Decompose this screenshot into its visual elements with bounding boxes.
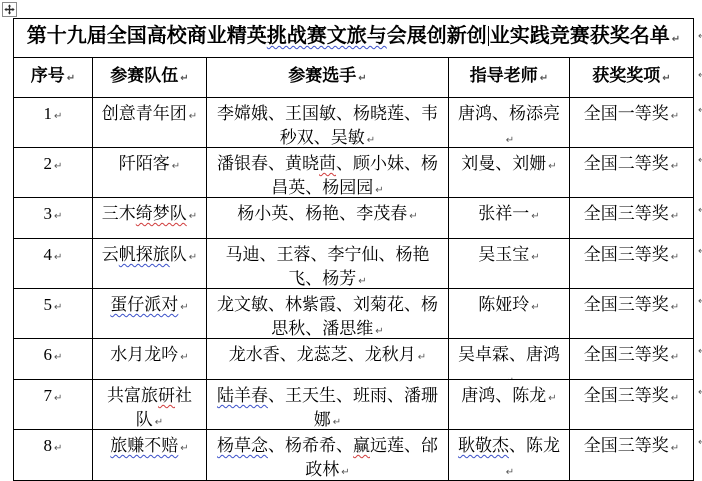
text-segment: 第十九届全国高校商业精英	[27, 25, 267, 47]
cell-serial[interactable]: 5↵	[14, 289, 93, 339]
cell-text: 第十九届全国高校商业精英挑战赛文旅与会展创新创业实践竞赛获奖名单↵	[27, 19, 680, 57]
end-of-cell-mark: ↵	[531, 211, 539, 222]
cell-players[interactable]: 杨草念、杨希希、赢远莲、邰政林↵	[207, 430, 449, 480]
text-segment: 龙文敏、林紫霞、刘菊花、杨思秋、潘思维	[217, 295, 438, 338]
text-segment: 刘曼、刘姗	[461, 154, 546, 173]
cell-text: 全国一等奖↵	[584, 102, 679, 129]
end-of-cell-mark: ↵	[54, 352, 62, 363]
end-of-cell-mark: ↵	[155, 417, 163, 428]
cell-text: 参赛选手↵	[288, 64, 366, 91]
table-body: 1↵创意青年团↵李嫦娥、王国敏、杨晓莲、韦秒双、吴敏↵唐鸿、杨添亮↵全国一等奖↵…	[14, 98, 693, 480]
text-cursor	[488, 26, 489, 46]
cell-award[interactable]: 全国一等奖↵	[570, 98, 693, 148]
text-segment: 2	[44, 154, 53, 173]
cell-award[interactable]: 全国三等奖↵	[570, 198, 693, 239]
end-of-row-mark: ↵	[698, 105, 702, 116]
end-of-cell-mark: ↵	[54, 443, 62, 454]
cell-text: 耿敬杰、陈龙↵	[455, 434, 563, 480]
text-segment: 张祥一	[478, 204, 529, 223]
cell-text: 李嫦娥、王国敏、杨晓莲、韦秒双、吴敏↵	[215, 102, 440, 148]
text-segment: 全国三等奖	[584, 295, 669, 314]
end-of-cell-mark: ↵	[333, 417, 341, 428]
end-of-cell-mark: ↵	[375, 326, 383, 337]
cell-text: 共富旅研社队↵	[101, 384, 198, 430]
text-segment: 陈娅玲	[478, 295, 529, 314]
table-row: 3↵三木绮梦队↵杨小英、杨艳、李茂春↵张祥一↵全国三等奖↵↵	[14, 198, 693, 239]
end-of-cell-mark: ↵	[358, 276, 366, 287]
text-segment: 全国一等奖	[584, 104, 669, 123]
cell-serial[interactable]: 3↵	[14, 198, 93, 239]
cell-text: 序号↵	[31, 64, 75, 91]
cell-text: 陆羊春、王天生、班雨、潘珊娜↵	[215, 384, 440, 430]
end-of-cell-mark: ↵	[54, 211, 62, 222]
end-of-cell-mark: ↵	[671, 161, 679, 172]
end-of-cell-mark: ↵	[671, 352, 679, 363]
end-of-cell-mark: ↵	[531, 302, 539, 313]
cell-text: 杨草念、杨希希、赢远莲、邰政林↵	[215, 434, 440, 480]
cell-advisors[interactable]: 陈娅玲↵	[449, 289, 570, 339]
cell-award[interactable]: 全国三等奖↵	[570, 289, 693, 339]
text-segment: 会展创新创	[387, 25, 487, 47]
text-segment: 参赛队伍	[110, 66, 178, 85]
text-segment: 三木	[102, 204, 136, 223]
end-of-cell-mark: ↵	[54, 161, 62, 172]
cell-advisors[interactable]: 张祥一↵	[449, 198, 570, 239]
cell-advisors[interactable]: 唐鸿、杨添亮↵	[449, 98, 570, 148]
cell-team[interactable]: 蛋仔派对↵	[93, 289, 207, 339]
cell-text: 全国三等奖↵	[584, 434, 679, 461]
grammar-underlined-text: 旅赚不赔	[110, 436, 178, 455]
cell-text: 指导老师↵	[470, 64, 548, 91]
end-of-cell-mark: ↵	[375, 185, 383, 196]
text-segment: 全国三等奖	[584, 345, 669, 364]
end-of-cell-mark: ↵	[418, 352, 426, 363]
cell-players[interactable]: 潘银春、黄晓茴、顾小妹、杨昌英、杨园园↵	[207, 148, 449, 198]
end-of-cell-mark: ↵	[54, 393, 62, 404]
end-of-cell-mark: ↵	[54, 252, 62, 263]
spelling-underlined-text: 赢	[353, 436, 370, 455]
cell-text: 杨小英、杨艳、李茂春↵	[237, 202, 417, 229]
table-move-handle[interactable]	[2, 2, 17, 17]
end-of-cell-mark: ↵	[671, 252, 679, 263]
cell-text: 潘银春、黄晓茴、顾小妹、杨昌英、杨园园↵	[215, 152, 440, 198]
end-of-row-mark: ↵	[698, 437, 702, 448]
end-of-cell-mark: ↵	[548, 393, 556, 404]
cell-text: 2↵	[44, 152, 63, 179]
end-of-row-mark: ↵	[698, 296, 702, 307]
text-segment: 全国三等奖	[584, 245, 669, 264]
end-of-cell-mark: ↵	[548, 161, 556, 172]
end-of-cell-mark: ↵	[341, 467, 349, 478]
text-segment: 参赛选手	[288, 66, 356, 85]
cell-text: 阡陌客↵	[119, 152, 180, 179]
grammar-underlined-text: 杨草念	[217, 436, 268, 455]
end-of-cell-mark: ↵	[180, 73, 188, 84]
text-segment: 全国三等奖	[584, 386, 669, 405]
text-segment: 水月龙吟	[110, 345, 178, 364]
text-segment: 共富旅	[107, 386, 158, 405]
end-of-row-mark: ↵	[698, 387, 702, 398]
text-segment: 5	[44, 295, 53, 314]
header-cell-1[interactable]: 参赛队伍↵	[93, 58, 207, 98]
text-segment: 6	[44, 345, 53, 364]
cell-text: 三木绮梦队↵	[102, 202, 197, 229]
header-cell-3[interactable]: 指导老师↵	[449, 58, 570, 98]
cell-advisors[interactable]: 唐鸿、陈龙↵	[449, 380, 570, 430]
table-row: 7↵共富旅研社队↵陆羊春、王天生、班雨、潘珊娜↵唐鸿、陈龙↵全国三等奖↵↵	[14, 380, 693, 430]
end-of-cell-mark: ↵	[189, 111, 197, 122]
cell-text: 全国二等奖↵	[584, 152, 679, 179]
cell-text: 吴卓霖、唐鸿↵	[455, 343, 563, 380]
text-segment: 吴卓霖、唐鸿	[458, 345, 560, 364]
text-segment: 3	[44, 204, 53, 223]
cell-players[interactable]: 杨小英、杨艳、李茂春↵	[207, 198, 449, 239]
cell-text: 8↵	[44, 434, 63, 461]
text-segment: 杨小英、杨艳、李茂春	[237, 204, 407, 223]
text-segment: 龙水香、龙蕊芝、龙秋月	[229, 345, 416, 364]
end-of-cell-mark: ↵	[54, 302, 62, 313]
text-segment: 云	[102, 245, 119, 264]
text-segment: 获奖奖项	[592, 66, 660, 85]
text-segment: 指导老师	[470, 66, 538, 85]
end-of-cell-mark: ↵	[358, 73, 366, 84]
cell-text: 龙文敏、林紫霞、刘菊花、杨思秋、潘思维↵	[215, 293, 440, 339]
cell-serial[interactable]: 1↵	[14, 98, 93, 148]
cell-award[interactable]: 全国三等奖↵	[570, 430, 693, 480]
cell-players[interactable]: 马迪、王蓉、李宁仙、杨艳飞、杨芳↵	[207, 239, 449, 289]
cell-serial[interactable]: 2↵	[14, 148, 93, 198]
cell-text: 唐鸿、杨添亮↵	[455, 102, 563, 148]
table-row: 1↵创意青年团↵李嫦娥、王国敏、杨晓莲、韦秒双、吴敏↵唐鸿、杨添亮↵全国一等奖↵…	[14, 98, 693, 148]
text-segment: 序号	[31, 66, 65, 85]
end-of-cell-mark: ↵	[671, 302, 679, 313]
text-segment: 7	[44, 386, 53, 405]
cell-text: 全国三等奖↵	[584, 384, 679, 411]
text-segment: 阡陌客	[119, 154, 170, 173]
cell-advisors[interactable]: 吴卓霖、唐鸿↵	[449, 339, 570, 380]
text-segment: 队	[170, 245, 187, 264]
cell-text: 唐鸿、陈龙↵	[461, 384, 556, 411]
cell-award[interactable]: 全国三等奖↵	[570, 339, 693, 380]
cell-award[interactable]: 全国二等奖↵	[570, 148, 693, 198]
end-of-cell-mark: ↵	[671, 443, 679, 454]
end-of-cell-mark: ↵	[180, 302, 188, 313]
awards-table: 第十九届全国高校商业精英挑战赛文旅与会展创新创业实践竞赛获奖名单↵ ↵ 序号↵参…	[13, 18, 694, 481]
end-of-row-mark: ↵	[698, 205, 702, 216]
cell-players[interactable]: 龙水香、龙蕊芝、龙秋月↵	[207, 339, 449, 380]
cell-team[interactable]: 阡陌客↵	[93, 148, 207, 198]
text-segment: 创意青年团	[102, 104, 187, 123]
table-row: 8↵旅赚不赔↵杨草念、杨希希、赢远莲、邰政林↵耿敬杰、陈龙↵全国三等奖↵↵	[14, 430, 693, 480]
text-segment: 马迪、王蓉、李宁仙、杨艳飞、杨芳	[226, 245, 430, 288]
cell-text: 1↵	[44, 102, 63, 129]
cell-players[interactable]: 陆羊春、王天生、班雨、潘珊娜↵	[207, 380, 449, 430]
cell-team[interactable]: 共富旅研社队↵	[93, 380, 207, 430]
cell-team[interactable]: 云帆探旅队↵	[93, 239, 207, 289]
cell-serial[interactable]: 8↵	[14, 430, 93, 480]
header-cell-0[interactable]: 序号↵	[14, 58, 93, 98]
cell-text: 云帆探旅队↵	[102, 243, 197, 270]
cell-text: 全国三等奖↵	[584, 243, 679, 270]
grammar-underlined-text: 陆羊春	[217, 386, 268, 405]
table-row: 5↵蛋仔派对↵龙文敏、林紫霞、刘菊花、杨思秋、潘思维↵陈娅玲↵全国三等奖↵↵	[14, 289, 693, 339]
cell-text: 刘曼、刘姗↵	[461, 152, 556, 179]
table-title-row: 第十九届全国高校商业精英挑战赛文旅与会展创新创业实践竞赛获奖名单↵ ↵	[14, 19, 693, 58]
text-segment: 、杨希希、	[268, 436, 353, 455]
text-segment: 吴玉宝	[478, 245, 529, 264]
cell-text: 陈娅玲↵	[478, 293, 539, 320]
table-header-row: 序号↵参赛队伍↵参赛选手↵指导老师↵获奖奖项↵↵	[14, 58, 693, 98]
cell-text: 4↵	[44, 243, 63, 270]
end-of-cell-mark: ↵	[180, 443, 188, 454]
text-segment: 8	[44, 436, 53, 455]
text-segment: 全国三等奖	[584, 204, 669, 223]
header-cell-2[interactable]: 参赛选手↵	[207, 58, 449, 98]
end-of-cell-mark: ↵	[180, 352, 188, 363]
cell-text: 5↵	[44, 293, 63, 320]
cell-advisors[interactable]: 刘曼、刘姗↵	[449, 148, 570, 198]
cell-award[interactable]: 全国三等奖↵	[570, 239, 693, 289]
end-of-cell-mark: ↵	[409, 211, 417, 222]
cell-text: 水月龙吟↵	[110, 343, 188, 370]
spelling-underlined-text: 绮梦队	[136, 204, 187, 223]
header-cell-4[interactable]: 获奖奖项↵	[570, 58, 693, 98]
cell-team[interactable]: 创意青年团↵	[93, 98, 207, 148]
cell-award[interactable]: 全国三等奖↵	[570, 380, 693, 430]
cell-advisors[interactable]: 吴玉宝↵	[449, 239, 570, 289]
end-of-cell-mark: ↵	[367, 135, 375, 146]
cell-serial[interactable]: 6↵	[14, 339, 93, 380]
cell-players[interactable]: 李嫦娥、王国敏、杨晓莲、韦秒双、吴敏↵	[207, 98, 449, 148]
cell-text: 吴玉宝↵	[478, 243, 539, 270]
cell-text: 3↵	[44, 202, 63, 229]
cell-text: 获奖奖项↵	[592, 64, 670, 91]
grammar-underlined-text: 挑战赛文旅与	[267, 25, 387, 47]
end-of-cell-mark: ↵	[67, 73, 75, 84]
cell-team[interactable]: 旅赚不赔↵	[93, 430, 207, 480]
end-of-row-mark: ↵	[698, 70, 702, 81]
cell-serial[interactable]: 4↵	[14, 239, 93, 289]
end-of-cell-mark: ↵	[531, 252, 539, 263]
grammar-underlined-text: 帆探旅	[119, 245, 170, 264]
spelling-underlined-text: 研	[158, 386, 175, 405]
cell-text: 创意青年团↵	[102, 102, 197, 129]
end-of-cell-mark: ↵	[172, 161, 180, 172]
cell-text: 7↵	[44, 384, 63, 411]
cell-text: 全国三等奖↵	[584, 293, 679, 320]
text-segment: 唐鸿、陈龙	[461, 386, 546, 405]
table-row: 4↵云帆探旅队↵马迪、王蓉、李宁仙、杨艳飞、杨芳↵吴玉宝↵全国三等奖↵↵	[14, 239, 693, 289]
spelling-underlined-text: 茴	[319, 154, 336, 173]
cell-text: 6↵	[44, 343, 63, 370]
end-of-cell-mark: ↵	[671, 211, 679, 222]
text-segment: 全国三等奖	[584, 436, 669, 455]
four-way-arrow-icon	[4, 4, 15, 15]
cell-text: 龙水香、龙蕊芝、龙秋月↵	[229, 343, 426, 370]
cell-text: 参赛队伍↵	[110, 64, 188, 91]
text-segment: 潘银春、黄晓	[217, 154, 319, 173]
end-of-row-mark: ↵	[698, 155, 702, 166]
end-of-cell-mark: ↵	[54, 111, 62, 122]
end-of-cell-mark: ↵	[189, 211, 197, 222]
grammar-underlined-text: 蛋仔派对	[110, 295, 178, 314]
cell-text: 全国三等奖↵	[584, 343, 679, 370]
table-row: 2↵阡陌客↵潘银春、黄晓茴、顾小妹、杨昌英、杨园园↵刘曼、刘姗↵全国二等奖↵↵	[14, 148, 693, 198]
text-segment: 1	[44, 104, 53, 123]
cell-serial[interactable]: 7↵	[14, 380, 93, 430]
end-of-cell-mark: ↵	[671, 393, 679, 404]
cell-text: 蛋仔派对↵	[110, 293, 188, 320]
grammar-underlined-text: 耿敬杰	[458, 436, 509, 455]
end-of-cell-mark: ↵	[506, 467, 514, 478]
cell-text: 旅赚不赔↵	[110, 434, 188, 461]
end-of-row-mark: ↵	[698, 346, 702, 357]
end-of-cell-mark: ↵	[671, 111, 679, 122]
end-of-cell-mark: ↵	[506, 135, 514, 146]
end-of-cell-mark: ↵	[189, 252, 197, 263]
end-of-row-mark: ↵	[698, 246, 702, 257]
cell-text: 张祥一↵	[478, 202, 539, 229]
end-of-row-mark: ↵	[698, 31, 702, 42]
text-segment: 全国二等奖	[584, 154, 669, 173]
text-segment: 业实践竞赛获奖名单	[490, 25, 670, 47]
table-title[interactable]: 第十九届全国高校商业精英挑战赛文旅与会展创新创业实践竞赛获奖名单↵	[14, 19, 693, 58]
end-of-cell-mark: ↵	[672, 34, 680, 45]
cell-text: 马迪、王蓉、李宁仙、杨艳飞、杨芳↵	[215, 243, 440, 289]
text-segment: 4	[44, 245, 53, 264]
cell-team[interactable]: 三木绮梦队↵	[93, 198, 207, 239]
text-segment: 、陈龙	[509, 436, 560, 455]
text-segment: 唐鸿、杨添亮	[458, 104, 560, 123]
end-of-cell-mark: ↵	[662, 73, 670, 84]
table-row: 6↵水月龙吟↵龙水香、龙蕊芝、龙秋月↵吴卓霖、唐鸿↵全国三等奖↵↵	[14, 339, 693, 380]
cell-players[interactable]: 龙文敏、林紫霞、刘菊花、杨思秋、潘思维↵	[207, 289, 449, 339]
text-segment: 、王天生、班雨、潘珊娜	[268, 386, 438, 429]
cell-text: 全国三等奖↵	[584, 202, 679, 229]
end-of-cell-mark: ↵	[540, 73, 548, 84]
text-segment: 李嫦娥、王国敏、杨晓莲、韦秒双、吴敏	[217, 104, 438, 147]
cell-team[interactable]: 水月龙吟↵	[93, 339, 207, 380]
cell-advisors[interactable]: 耿敬杰、陈龙↵	[449, 430, 570, 480]
